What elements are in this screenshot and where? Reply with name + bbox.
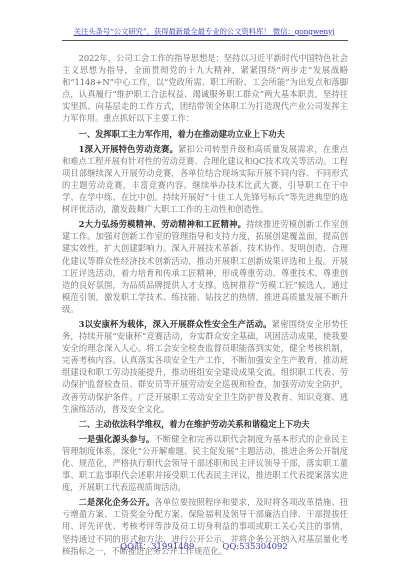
item-text: 持续推进劳模创新工作室创建工作。加强对创新工作室的管理指导和支持力度，拓展创建覆… [62, 219, 348, 314]
qq-number: QQ:535304092 [222, 542, 287, 552]
qq-group: QQ群：31991489 [120, 542, 194, 552]
item-text: 紧密围绕安全形势任务，持续开展“安康杯”竞赛活动，夯实群众安全基础，巩固活动成果… [62, 319, 348, 414]
header-divider [62, 40, 348, 41]
list-item: 1深入开展特色劳动竞赛。紧扣公司转型升级和高质量发展需求，在重点和难点工程开展有… [62, 143, 348, 216]
item-lead: 3以安康杯为载体，深入开展群众性安全生产活动。 [79, 319, 272, 329]
item-lead: 1深入开展特色劳动竞赛。 [79, 144, 179, 154]
list-item: 3以安康杯为载体，深入开展群众性安全生产活动。紧密围绕安全形势任务，持续开展“安… [62, 318, 348, 415]
promo-link[interactable]: 关注头条号“公文研究”，获得最新最全最专业的公文资料库！ 微信：gongweny… [62, 27, 346, 37]
intro-paragraph: 2022年，公司工会工作的指导思想是：坚持以习近平新时代中国特色社会主义思想为指… [62, 52, 348, 125]
section-heading-2: 二、主动依法科学维权，着力在维护劳动关系和谐稳定上下功夫 [62, 418, 348, 430]
document-body: 2022年，公司工会工作的指导思想是：坚持以习近平新时代中国特色社会主义思想为指… [62, 52, 348, 560]
contact-footer: QQ群：31991489QQ:535304092 [0, 540, 408, 552]
list-item: 2大力弘扬劳模精神、劳动精神和工匠精神。持续推进劳模创新工作室创建工作。加强对创… [62, 218, 348, 315]
item-text: 紧扣公司转型升级和高质量发展需求，在重点和难点工程开展有针对性的劳动竞赛、合理化… [62, 144, 348, 214]
section-heading-1: 一、发挥职工主力军作用，着力在推动建功立业上下功夫 [62, 128, 348, 140]
list-item: 一是强化源头参与。不断健全和完善以职代会制度为基本形式的企业民主管理制度体系，深… [62, 433, 348, 493]
item-lead: 一是强化源头参与。 [79, 434, 155, 444]
item-lead: 2大力弘扬劳模精神、劳动精神和工匠精神。 [79, 219, 247, 229]
item-lead: 二是深化企务公开。 [79, 497, 155, 507]
